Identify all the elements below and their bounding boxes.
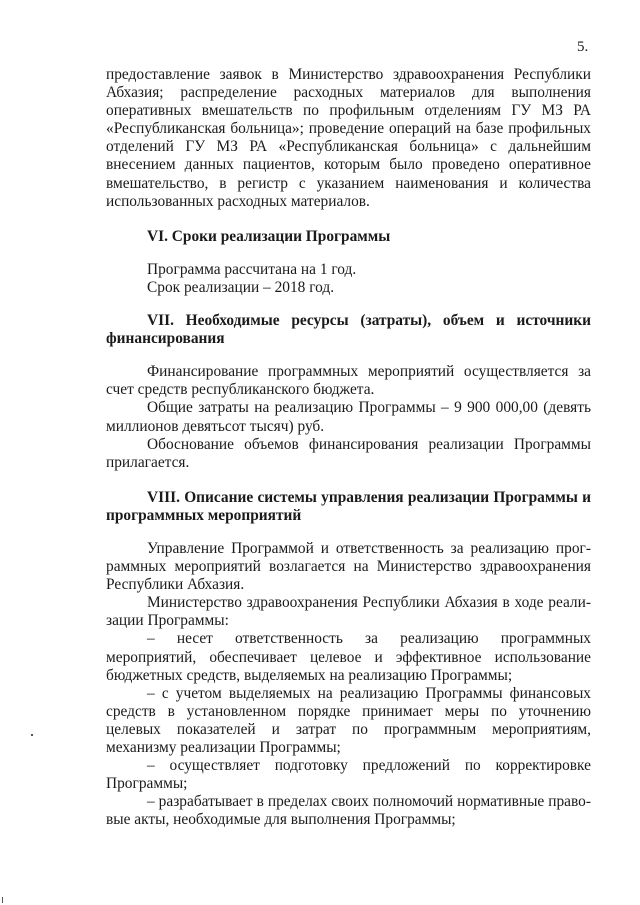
section-heading-vi: VI. Сроки реализации Программы bbox=[106, 228, 591, 246]
section-heading-vii: VII. Необходимые ресурсы (затраты), объе… bbox=[106, 312, 591, 348]
section-vii-paragraph: Общие затраты на реализацию Программы – … bbox=[106, 399, 591, 435]
intro-paragraph: предоставление заявок в Министерство здр… bbox=[106, 66, 591, 211]
document-body: предоставление заявок в Министерство здр… bbox=[106, 66, 591, 829]
section-viii-paragraph: Управление Программой и ответственность … bbox=[106, 540, 591, 594]
section-vi-paragraph: Срок реализации – 2018 год. bbox=[106, 279, 591, 297]
list-item: – осуществляет подготовку предложений по… bbox=[106, 757, 591, 793]
spacer bbox=[106, 525, 591, 540]
scan-edge-mark bbox=[2, 897, 3, 903]
section-viii-paragraph: Министерство здравоохранения Республики … bbox=[106, 594, 591, 630]
section-vii-paragraph: Обоснование объемов финансирования реали… bbox=[106, 436, 591, 472]
section-vii-paragraph: Финансирование программных мероприятий о… bbox=[106, 363, 591, 399]
section-heading-viii: VIII. Описание системы управления реализ… bbox=[106, 489, 591, 525]
spacer bbox=[106, 297, 591, 312]
list-item: – разрабатывает в пределах своих полномо… bbox=[106, 793, 591, 829]
section-vi-paragraph: Программа рассчитана на 1 год. bbox=[106, 261, 591, 279]
spacer bbox=[106, 472, 591, 489]
page-number: 5. bbox=[577, 38, 588, 56]
spacer bbox=[106, 246, 591, 261]
spacer bbox=[106, 211, 591, 228]
list-item: – с учетом выделяемых на реализацию Прог… bbox=[106, 685, 591, 757]
scan-dot-mark bbox=[31, 734, 33, 736]
list-item: – несет ответственность за реализацию пр… bbox=[106, 630, 591, 684]
spacer bbox=[106, 348, 591, 363]
